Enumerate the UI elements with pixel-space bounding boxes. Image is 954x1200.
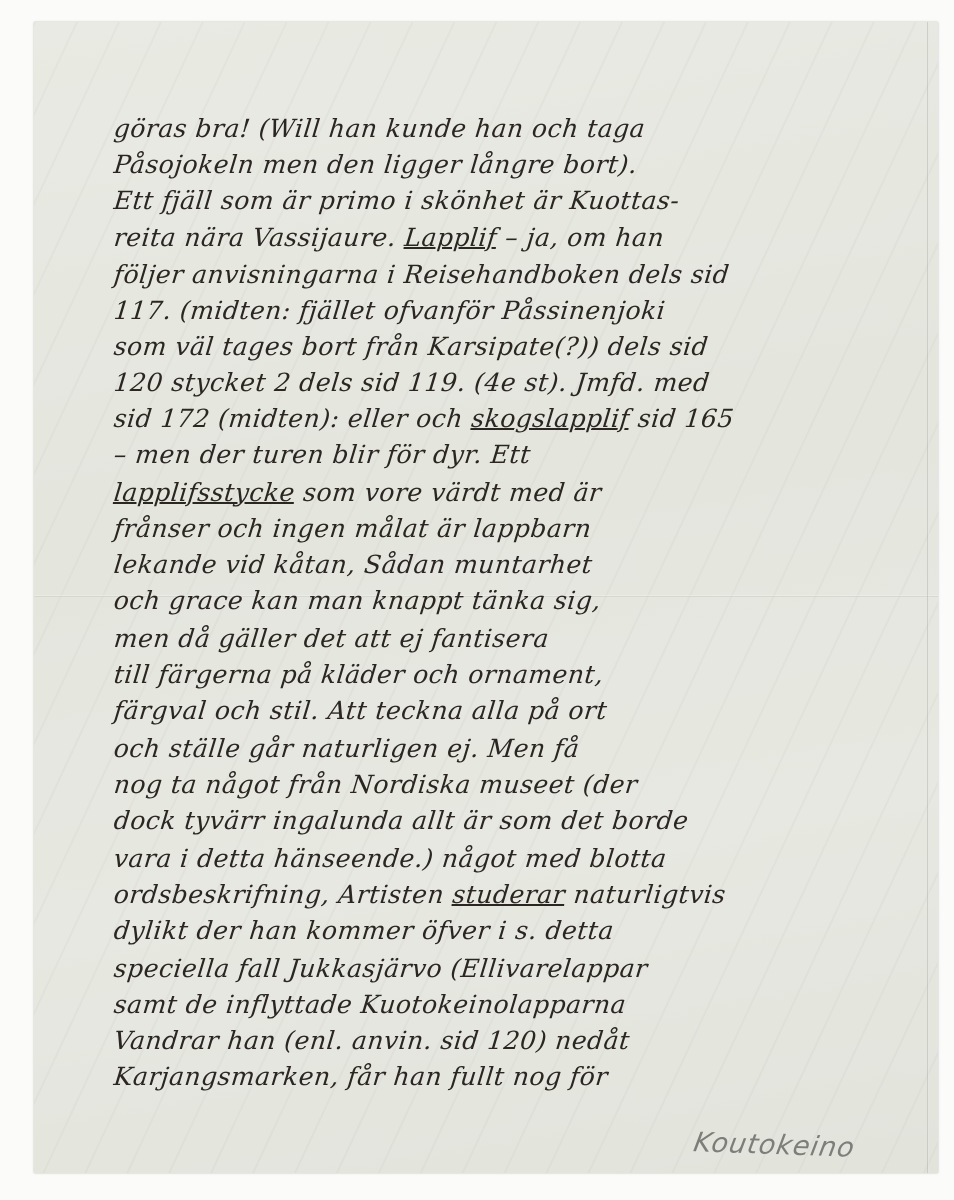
text-line-17: färgval och stil. Att teckna alla på ort — [112, 696, 608, 725]
text-line-19: nog ta något från Nordiska museet (der — [112, 770, 639, 799]
text-line-9-b: sid 165 — [628, 404, 736, 433]
underlined-word: studerar — [451, 880, 567, 909]
text-line-12: frånser och ingen målat är lappbarn — [112, 514, 593, 543]
text-line-1: göras bra! (Will han kunde han och taga — [112, 114, 646, 143]
text-line-11: lapplifsstycke som vore värdt med är — [112, 478, 603, 507]
text-line-9: sid 172 (midten): eller och skogslapplif… — [112, 404, 735, 433]
text-line-22-b: naturligtvis — [564, 880, 728, 909]
text-line-15: men då gäller det att ej fantisera — [112, 624, 550, 653]
text-line-4: reita nära Vassijaure. Lapplif – ja, om … — [112, 223, 665, 252]
text-line-4-b: – ja, om han — [495, 223, 665, 252]
text-line-7: som väl tages bort från Karsipate(?)) de… — [112, 332, 709, 361]
letter-page: göras bra! (Will han kunde han och taga … — [34, 22, 938, 1173]
text-line-21: vara i detta hänseende.) något med blott… — [112, 844, 668, 873]
text-line-16: till färgerna på kläder och ornament, — [112, 660, 605, 689]
text-line-14: och grace kan man knappt tänka sig, — [112, 586, 602, 615]
underlined-word: Lapplif — [403, 223, 498, 252]
text-line-20: dock tyvärr ingalunda allt är som det bo… — [112, 806, 690, 835]
text-line-3: Ett fjäll som är primo i skönhet är Kuot… — [112, 186, 681, 215]
text-line-10: – men der turen blir för dyr. Ett — [112, 440, 532, 469]
text-line-22: ordsbeskrifning, Artisten studerar natur… — [112, 880, 727, 909]
text-line-25: samt de inflyttade Kuotokeinolapparna — [112, 990, 627, 1019]
text-line-9-a: sid 172 (midten): eller och — [112, 404, 473, 433]
underlined-word: skogslapplif — [470, 404, 631, 433]
text-line-6: 117. (midten: fjället ofvanför Påssinenj… — [112, 296, 666, 325]
underlined-word: lapplifsstycke — [112, 478, 296, 507]
text-line-4-a: reita nära Vassijaure. — [112, 223, 406, 252]
vertical-fold-line — [927, 22, 929, 1173]
text-line-24: speciella fall Jukkasjärvo (Ellivarelapp… — [112, 954, 649, 983]
text-line-13: lekande vid kåtan, Sådan muntarhet — [112, 550, 594, 579]
text-line-5: följer anvisningarna i Reisehandboken de… — [112, 260, 731, 289]
text-line-8: 120 stycket 2 dels sid 119. (4e st). Jmf… — [112, 368, 711, 397]
text-line-11-b: som vore värdt med är — [293, 478, 603, 507]
text-line-27: Karjangsmarken, får han fullt nog för — [112, 1062, 609, 1091]
text-line-2: Påsojokeln men den ligger långre bort). — [112, 150, 638, 179]
text-line-23: dylikt der han kommer öfver i s. detta — [112, 916, 615, 945]
text-line-26: Vandrar han (enl. anvin. sid 120) nedåt — [112, 1026, 631, 1055]
text-line-22-a: ordsbeskrifning, Artisten — [112, 880, 454, 909]
text-line-18: och ställe går naturligen ej. Men få — [112, 734, 580, 763]
pencil-annotation: Koutokeino — [691, 1127, 857, 1163]
